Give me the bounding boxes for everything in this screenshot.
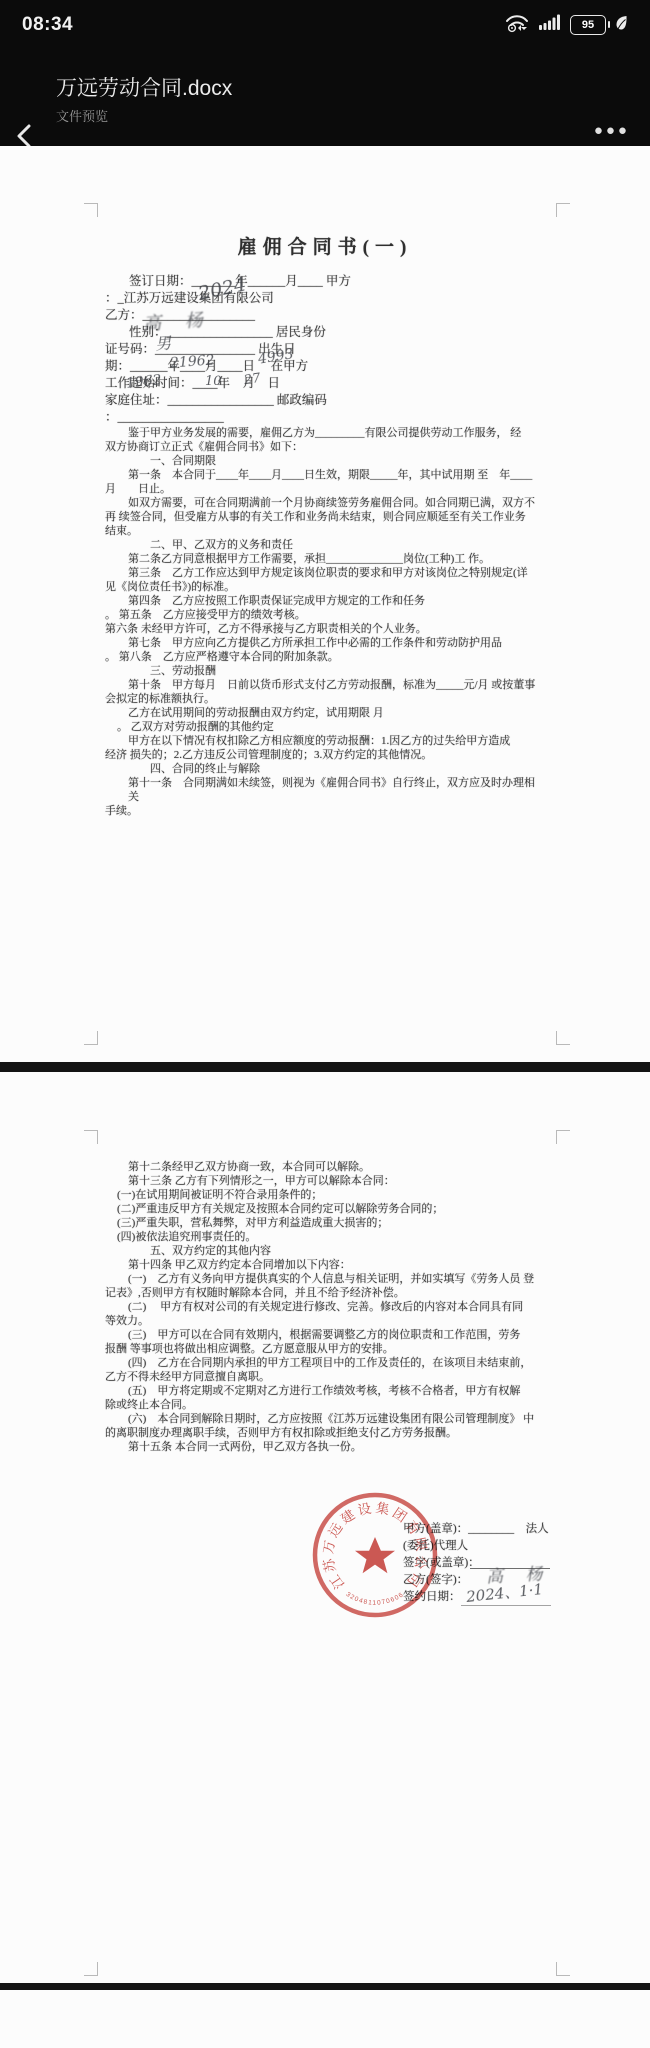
file-name: 万远劳动合同.docx: [56, 72, 232, 102]
handwriting-gender: 男: [154, 330, 172, 354]
margin-mark: [84, 1031, 98, 1045]
doc-line: 第十五条 本合同一式两份，甲乙双方各执一份。: [105, 1440, 565, 1454]
company-seal-stamp: 江苏万远建设集团有限公司 3204811070606: [300, 1480, 450, 1630]
preview-label: 文件预览: [56, 106, 232, 125]
doc-line: (三)严重失职，营私舞弊，对甲方利益造成重大损害的；: [105, 1216, 565, 1230]
doc-line: 四、合同的终止与解除: [105, 762, 565, 776]
doc-line: 月 日止。: [105, 482, 565, 496]
margin-mark: [556, 203, 570, 217]
header-titles: 万远劳动合同.docx 文件预览: [56, 72, 232, 125]
doc-line: 。 第八条 乙方应严格遵守本合同的附加条款。: [105, 650, 565, 664]
doc-line: 第二条乙方同意根据甲方工作需要，承担______________岗位(工种)工 …: [105, 552, 565, 566]
file-preview-screen: 08:34: [0, 0, 650, 2048]
handwriting-birth-day: 27: [243, 371, 261, 388]
doc-line: (四) 乙方在合同期内承担的甲方工程项目中的工作及责任的，在该项目未结束前，: [105, 1356, 565, 1370]
doc-line: 如双方需要，可在合同期满前一个月协商续签劳务雇佣合同。如合同期已满，双方不: [105, 496, 565, 510]
page-separator: [0, 1983, 650, 1990]
doc-line: 记表》,否则甲方有权随时解除本合同，并且不给予经济补偿。: [105, 1286, 565, 1300]
doc-line: 第十二条经甲乙双方协商一致，本合同可以解除。: [105, 1160, 565, 1174]
seal-serial-number: 3204811070606: [345, 1591, 406, 1607]
status-bar: 08:34: [0, 0, 650, 50]
document-page-2[interactable]: 第十二条经甲乙双方协商一致，本合同可以解除。第十三条 乙方有下列情形之一，甲方可…: [0, 1072, 650, 1983]
wifi-hotspot-icon: [504, 13, 530, 38]
signal-bars-icon: [539, 14, 561, 36]
doc-line: 等效力。: [105, 1314, 565, 1328]
margin-mark: [556, 1962, 570, 1976]
doc-line: 结束。: [105, 524, 565, 538]
handwriting-party-b-name: 高 杨: [142, 306, 203, 336]
doc-line: (一)在试用期间被证明不符合录用条件的；: [105, 1188, 565, 1202]
doc-line: 会拟定的标准额执行。: [105, 692, 565, 706]
handwriting-id-part1: 21962: [169, 352, 215, 371]
margin-mark: [84, 1962, 98, 1976]
doc-line: 报酬 等事项也将做出相应调整。乙方愿意服从甲方的安排。: [105, 1342, 565, 1356]
doc-line: 家庭住址：_________________ 邮政编码: [105, 392, 565, 409]
doc-line: ：_江苏万远建设集团有限公司: [105, 290, 565, 307]
doc-line: (二) 甲方有权对公司的有关规定进行修改、完善。修改后的内容对本合同具有同: [105, 1300, 565, 1314]
page2-content: 第十二条经甲乙双方协商一致，本合同可以解除。第十三条 乙方有下列情形之一，甲方可…: [0, 1072, 565, 1454]
doc-line: 双方协商订立正式《雇佣合同书》如下：: [105, 440, 565, 454]
doc-line: 再 续签合同，但受雇方从事的有关工作和业务尚未结束，则合同应顺延至有关工作业务: [105, 510, 565, 524]
margin-mark: [556, 1031, 570, 1045]
margin-mark: [84, 203, 98, 217]
page2-text: 第十二条经甲乙双方协商一致，本合同可以解除。第十三条 乙方有下列情形之一，甲方可…: [105, 1160, 565, 1454]
doc-line: 手续。: [105, 804, 565, 818]
doc-line: 乙方在试用期间的劳动报酬由双方约定，试用期限 月: [105, 706, 565, 720]
status-icons: 95: [504, 13, 628, 38]
doc-line: 第十条 甲方每月 日前以货币形式支付乙方劳动报酬，标准为_____元/月 或按董…: [105, 678, 565, 692]
doc-line: 第七条 甲方应向乙方提供乙方所承担工作中必需的工作条件和劳动防护用品: [105, 636, 565, 650]
power-saving-leaf-icon: [615, 15, 628, 36]
doc-line: 乙方不得未经甲方同意擅自离职。: [105, 1370, 565, 1384]
doc-line: (一) 乙方有义务向甲方提供真实的个人信息与相关证明，并如实填写《劳务人员 登: [105, 1272, 565, 1286]
doc-line: (二)严重违反甲方有关规定及按照本合同约定可以解除劳务合同的；: [105, 1202, 565, 1216]
contract-title: 雇佣合同书(一): [105, 232, 545, 259]
doc-line: 签订日期：_______年______月____ 甲方: [105, 273, 565, 290]
doc-line: 二、甲、乙双方的义务和责任: [105, 538, 565, 552]
doc-line: 第六条 未经甲方许可，乙方不得承接与乙方职责相关的个人业务。: [105, 622, 565, 636]
doc-line: (四)被依法追究刑事责任的。: [105, 1230, 565, 1244]
doc-line: 。 乙双方对劳动报酬的其他约定: [105, 720, 565, 734]
page1-content: 雇佣合同书(一) 签订日期：_______年______月____ 甲方：_江苏…: [0, 232, 565, 818]
clock-time: 08:34: [22, 14, 73, 36]
document-page-3[interactable]: [0, 1990, 650, 2048]
document-page-1[interactable]: 雇佣合同书(一) 签订日期：_______年______月____ 甲方：_江苏…: [0, 146, 650, 1062]
doc-line: 第三条 乙方工作应达到甲方规定该岗位职责的要求和甲方对该岗位之特别规定(详: [105, 566, 565, 580]
doc-line: 五、双方约定的其他内容: [105, 1244, 565, 1258]
doc-line: (五) 甲方将定期或不定期对乙方进行工作绩效考核，考核不合格者，甲方有权解: [105, 1384, 565, 1398]
preview-header: 万远劳动合同.docx 文件预览 ●●●: [0, 50, 650, 146]
doc-line: (六) 本合同到解除日期时，乙方应按照《江苏万远建设集团有限公司管理制度》 中: [105, 1412, 565, 1426]
doc-line: ：_________________: [105, 409, 565, 426]
page-separator: [0, 1062, 650, 1072]
doc-line: 。 第五条 乙方应接受甲方的绩效考核。: [105, 608, 565, 622]
doc-line: 除或终止本合同。: [105, 1398, 565, 1412]
doc-line: 第十三条 乙方有下列情形之一，甲方可以解除本合同：: [105, 1174, 565, 1188]
doc-line: 三、劳动报酬: [105, 664, 565, 678]
doc-line: 甲方在以下情况有权扣除乙方相应额度的劳动报酬：1.因乙方的过失给甲方造成: [105, 734, 565, 748]
doc-line: 一、合同期限: [105, 454, 565, 468]
seal-star: [355, 1537, 395, 1573]
battery-indicator: 95: [570, 15, 606, 35]
doc-line: 第一条 本合同于____年____月____日生效，期限_____年，其中试用期…: [105, 468, 565, 482]
doc-line: 第四条 乙方应按照工作职责保证完成甲方规定的工作和任务: [105, 594, 565, 608]
battery-percent: 95: [582, 19, 594, 31]
doc-line: 第十四条 甲乙双方约定本合同增加以下内容：: [105, 1258, 565, 1272]
doc-line: 鉴于甲方业务发展的需要，雇佣乙方为_________有限公司提供劳动工作服务， …: [105, 426, 565, 440]
handwriting-birth-month: 10: [205, 374, 222, 389]
doc-line: 关: [105, 790, 565, 804]
doc-line: 的离职制度办理离职手续，否则甲方有权扣除或拒绝支付乙方劳务报酬。: [105, 1426, 565, 1440]
more-menu-icon[interactable]: ●●●: [594, 122, 630, 139]
doc-line: 第十一条 合同期满如未续签，则视为《雇佣合同书》自行终止，双方应及时办理相: [105, 776, 565, 790]
doc-line: 经济 损失的；2.乙方违反公司管理制度的；3.双方约定的其他情况。: [105, 748, 565, 762]
doc-line: 见《岗位责任书》)的标准。: [105, 580, 565, 594]
doc-line: (三) 甲方可以在合同有效期内，根据需要调整乙方的岗位职责和工作范围，劳务: [105, 1328, 565, 1342]
doc-line: 工作起始时间：____年 月 日: [105, 375, 565, 392]
